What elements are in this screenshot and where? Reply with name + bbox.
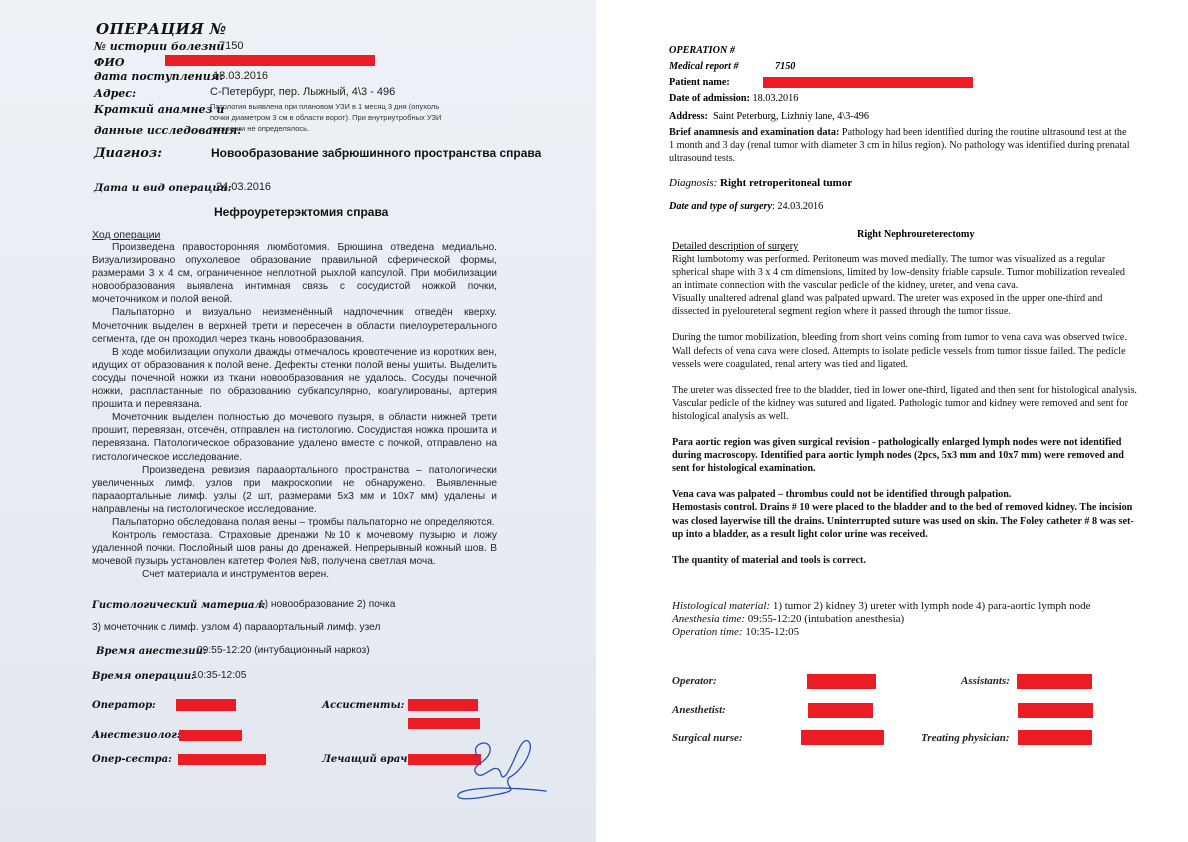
en-surgery-value: : 24.03.2016	[772, 201, 823, 212]
ru-course-header: Ход операции	[92, 229, 160, 241]
handwritten-signature-icon	[450, 735, 550, 805]
ru-paragraph: Контроль гемостаза. Страховые дренажи №1…	[92, 529, 497, 568]
en-paragraph: Para aortic region was given surgical re…	[672, 436, 1137, 475]
ru-anamnesis-label-1: Краткий анамнез и	[94, 103, 224, 116]
ru-anesthesia-value: 09:55-12:20 (интубационный наркоз)	[197, 645, 370, 656]
ru-admission-label: дата поступления:	[94, 70, 224, 83]
ru-optime-label: Время операции:	[92, 671, 195, 682]
ru-admission-value: 18.03.2016	[213, 70, 268, 82]
ru-histology-value-2: 3) мочеточник с лимф. узлом 4) парааорта…	[92, 622, 380, 633]
ru-histology-value-1: 1) новообразование 2) почка	[259, 599, 395, 610]
ru-paragraph: Мочеточник выделен полностью до мочевого…	[92, 411, 497, 463]
en-report-value: 7150	[775, 60, 795, 73]
ru-assistants-label: Ассистенты:	[322, 700, 404, 711]
en-paragraph: Visually unaltered adrenal gland was pal…	[672, 292, 1137, 318]
ru-paragraph: Пальпаторно обследована полая вены – тро…	[92, 516, 497, 529]
ru-op-date-label: Дата и вид операции:	[94, 182, 232, 194]
ru-paragraph: Произведена ревизия парааортального прос…	[92, 464, 497, 516]
en-admission-row: Date of admission: 18.03.2016	[669, 92, 798, 105]
en-paragraph: Right lumbotomy was performed. Peritoneu…	[672, 253, 1137, 292]
en-anesthesia-value: 09:55-12:20 (intubation anesthesia)	[748, 613, 904, 625]
ru-procedure-title: Нефроуретерэктомия справа	[214, 205, 388, 219]
ru-address-value: С-Петербург, пер. Лыжный, 4\3 - 496	[210, 86, 395, 98]
redacted-anesthetist	[179, 730, 242, 741]
ru-operation-description: Произведена правосторонняя люмботомия. Б…	[92, 241, 497, 581]
en-optime-label: Operation time:	[672, 626, 743, 638]
redacted-nurse	[178, 754, 266, 765]
redacted-operator-en	[807, 674, 876, 689]
en-diagnosis-value: Right retroperitoneal tumor	[720, 177, 852, 189]
en-title: OPERATION #	[669, 44, 735, 57]
redacted-anesthetist-en	[808, 703, 873, 718]
ru-name-label: ФИО	[94, 56, 124, 69]
en-paragraph: The quantity of material and tools is co…	[672, 554, 1137, 567]
ru-history-value: 7150	[219, 40, 243, 52]
en-admission-label: Date of admission:	[669, 93, 750, 104]
en-operation-description: Right lumbotomy was performed. Peritoneu…	[672, 253, 1137, 567]
en-address-row: Address: Saint Peterburg, Lizhniy lane, …	[669, 110, 869, 123]
ru-optime-value: 10:35-12:05	[192, 670, 246, 681]
en-physician-label: Treating physician:	[921, 732, 1010, 744]
en-admission-value: 18.03.2016	[752, 93, 798, 104]
en-procedure-title: Right Nephroureterectomy	[857, 228, 974, 241]
en-diagnosis-label: Diagnosis:	[669, 177, 717, 189]
redacted-patient-name-en	[763, 77, 973, 88]
redacted-physician-en	[1018, 730, 1092, 745]
ru-paragraph: В ходе мобилизации опухоли дважды отмеча…	[92, 346, 497, 411]
ru-nurse-label: Опер-сестра:	[92, 754, 172, 765]
en-address-value: Saint Peterburg, Lizhniy lane, 4\3-496	[713, 111, 869, 122]
ru-history-label: № истории болезни	[94, 40, 224, 53]
en-optime-value: 10:35-12:05	[745, 626, 799, 638]
en-anesthesia-label: Anesthesia time:	[672, 613, 745, 625]
ru-title: ОПЕРАЦИЯ №	[96, 20, 227, 38]
redacted-assistant-2	[408, 718, 480, 729]
ru-diagnosis-value: Новообразование забрюшинного пространств…	[211, 146, 541, 160]
redacted-assistant-1-en	[1017, 674, 1092, 689]
en-histology-label: Histological material:	[672, 600, 770, 612]
ru-address-label: Адрес:	[94, 87, 136, 100]
en-anamnesis: Brief anamnesis and examination data: Pa…	[669, 126, 1134, 165]
en-description-header: Detailed description of surgery	[672, 240, 798, 253]
ru-histology-label: Гистологический материал:	[92, 600, 265, 611]
en-paragraph: During the tumor mobilization, bleeding …	[672, 331, 1137, 370]
ru-anesthetist-label: Анестезиолог:	[92, 730, 180, 741]
en-histology: Histological material: 1) tumor 2) kidne…	[672, 600, 1137, 639]
en-paragraph: The ureter was dissected free to the bla…	[672, 384, 1137, 423]
redacted-patient-name	[165, 55, 375, 66]
en-paragraph: Vena cava was palpated – thrombus could …	[672, 488, 1137, 501]
redacted-nurse-en	[801, 730, 884, 745]
redacted-assistant-1	[408, 699, 478, 711]
en-anamnesis-label: Brief anamnesis and examination data:	[669, 127, 839, 138]
redacted-operator	[176, 699, 236, 711]
en-nurse-label: Surgical nurse:	[672, 732, 743, 744]
en-histology-value: 1) tumor 2) kidney 3) ureter with lymph …	[773, 600, 1091, 612]
ru-anesthesia-label: Время анестезии:	[96, 646, 207, 657]
ru-operator-label: Оператор:	[92, 700, 156, 711]
en-report-label: Medical report #	[669, 60, 739, 73]
en-patient-label: Patient name:	[669, 76, 730, 89]
ru-paragraph: Произведена правосторонняя люмботомия. Б…	[92, 241, 497, 306]
en-anesthetist-label: Anesthetist:	[672, 704, 726, 716]
ru-physician-label: Лечащий врач:	[322, 754, 411, 765]
en-surgery-label: Date and type of surgery	[669, 201, 772, 212]
ru-paragraph: Счет материала и инструментов верен.	[92, 568, 497, 581]
en-address-label: Address:	[669, 111, 708, 122]
en-surgery-row: Date and type of surgery: 24.03.2016	[669, 200, 823, 213]
ru-op-date-value: 24.03.2016	[216, 181, 271, 193]
ru-anamnesis-value: Патология выявлена при плановом УЗИ в 1 …	[210, 101, 460, 134]
ru-paragraph: Пальпаторно и визуально неизменённый над…	[92, 306, 497, 345]
en-assistants-label: Assistants:	[961, 675, 1010, 687]
ru-anamnesis-label-2: данные исследования:	[94, 124, 241, 137]
en-paragraph: Hemostasis control. Drains # 10 were pla…	[672, 501, 1137, 540]
redacted-assistant-2-en	[1018, 703, 1093, 718]
en-operator-label: Operator:	[672, 675, 717, 687]
en-diagnosis-row: Diagnosis: Right retroperitoneal tumor	[669, 177, 852, 190]
russian-scanned-page: ОПЕРАЦИЯ № № истории болезни 7150 ФИО да…	[0, 0, 597, 842]
ru-diagnosis-label: Диагноз:	[94, 146, 162, 161]
